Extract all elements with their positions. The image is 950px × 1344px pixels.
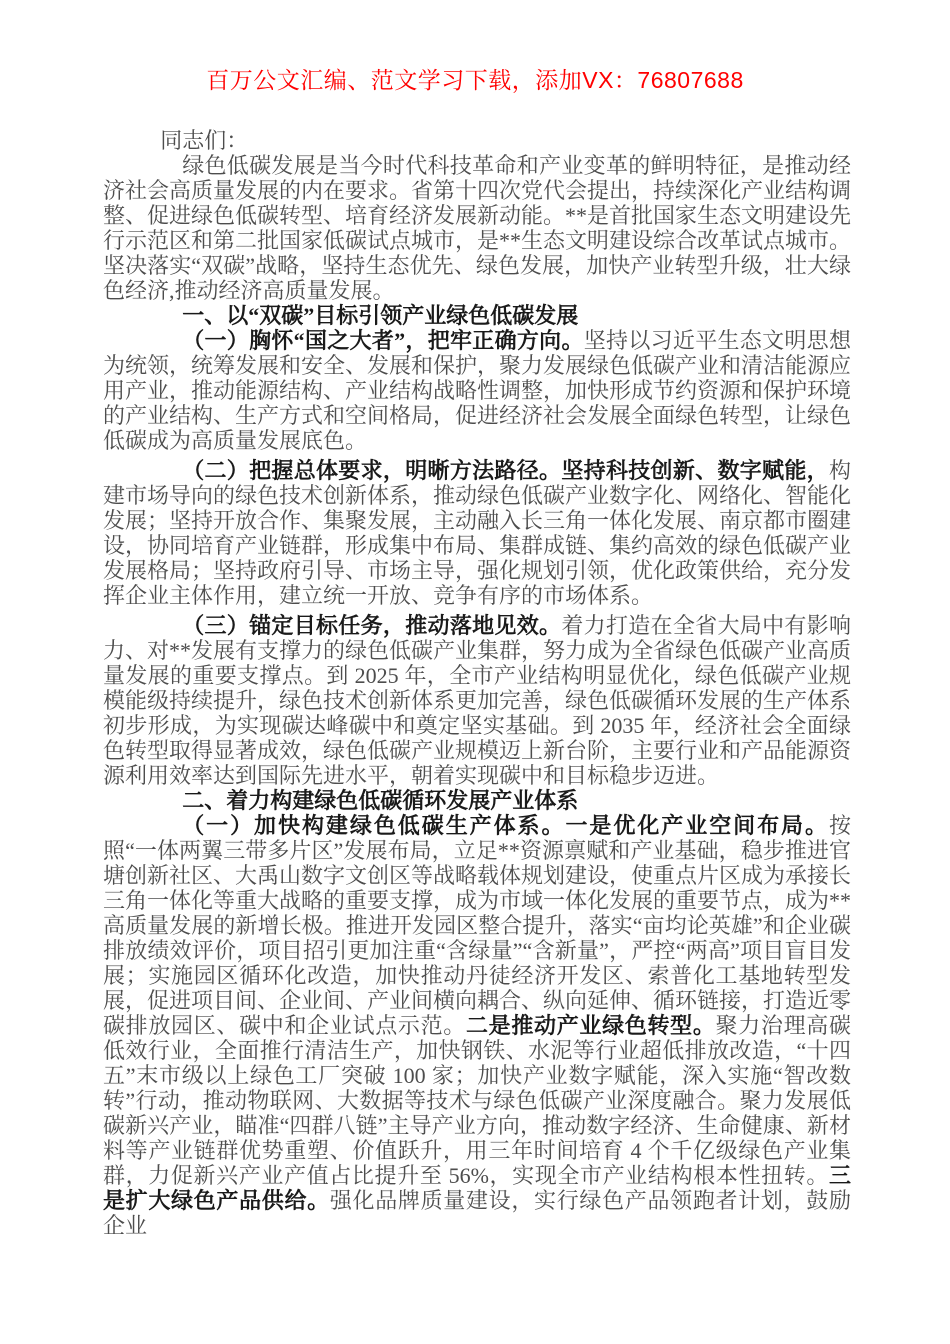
promo-banner-text: 百万公文汇编、范文学习下载，添加VX：76807688 bbox=[0, 66, 950, 94]
paragraph-1-3: （三）锚定目标任务，推动落地见效。着力打造在全省大局中有影响力、对**发展有支撑… bbox=[103, 613, 851, 788]
paragraph-2-1: （一）加快构建绿色低碳生产体系。一是优化产业空间布局。按照“一体两翼三带多片区”… bbox=[103, 813, 851, 1238]
document-page: 百万公文汇编、范文学习下载，添加VX：76807688 同志们：绿色低碳发展是当… bbox=[0, 0, 950, 1344]
salutation: 同志们： bbox=[103, 128, 851, 153]
bold-text-run: 二是推动产业绿色转型。 bbox=[466, 1013, 716, 1038]
bold-text-run: （一）胸怀“国之大者”，把牢正确方向。 bbox=[182, 328, 584, 353]
bold-text-run: （三）锚定目标任务，推动落地见效。 bbox=[182, 613, 561, 638]
section-heading-1: 一、以“双碳”目标引领产业绿色低碳发展 bbox=[103, 303, 851, 328]
text-run: 绿色低碳发展是当今时代科技革命和产业变革的鲜明特征，是推动经济社会高质量发展的内… bbox=[103, 153, 851, 303]
text-run: 着力打造在全省大局中有影响力、对**发展有支撑力的绿色低碳产业集群，努力成为全省… bbox=[103, 613, 851, 788]
document-body: 同志们：绿色低碳发展是当今时代科技革命和产业变革的鲜明特征，是推动经济社会高质量… bbox=[103, 128, 851, 1238]
intro-paragraph: 绿色低碳发展是当今时代科技革命和产业变革的鲜明特征，是推动经济社会高质量发展的内… bbox=[103, 153, 851, 303]
bold-text-run: （二）把握总体要求，明晰方法路径。坚持科技创新、数字赋能， bbox=[182, 458, 829, 483]
bold-text-run: 一、以“双碳”目标引领产业绿色低碳发展 bbox=[182, 303, 578, 328]
paragraph-1-2: （二）把握总体要求，明晰方法路径。坚持科技创新、数字赋能，构建市场导向的绿色技术… bbox=[103, 458, 851, 608]
text-run: 按照“一体两翼三带多片区”发展布局，立足**资源禀赋和产业基础，稳步推进官塘创新… bbox=[103, 813, 851, 1038]
text-run: 同志们： bbox=[160, 128, 248, 153]
text-run: 聚力治理高碳低效行业，全面推行清洁生产，加快钢铁、水泥等行业超低排放改造，“十四… bbox=[103, 1013, 851, 1188]
paragraph-1-1: （一）胸怀“国之大者”，把牢正确方向。坚持以习近平生态文明思想为统领，统筹发展和… bbox=[103, 328, 851, 453]
bold-text-run: 二、着力构建绿色低碳循环发展产业体系 bbox=[182, 788, 578, 813]
bold-text-run: （一）加快构建绿色低碳生产体系。一是优化产业空间布局。 bbox=[182, 813, 829, 838]
section-heading-2: 二、着力构建绿色低碳循环发展产业体系 bbox=[103, 788, 851, 813]
